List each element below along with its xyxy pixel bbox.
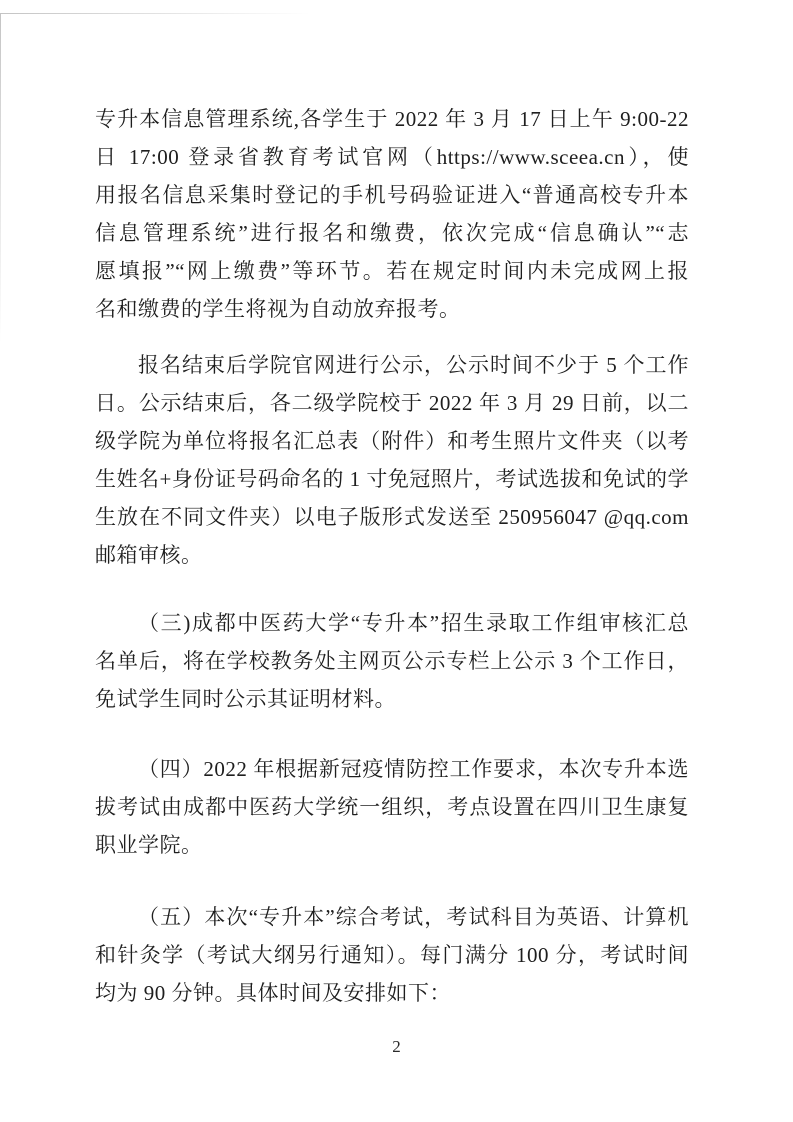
text-line: 生姓名+身份证号码命名的 1 寸免冠照片，考试选拔和免试的学 <box>95 460 689 498</box>
scan-artifact-left-line <box>0 13 1 343</box>
text-line: 拔考试由成都中医药大学统一组织，考点设置在四川卫生康复 <box>95 788 689 826</box>
text-line: 报名结束后学院官网进行公示，公示时间不少于 5 个工作 <box>95 346 689 384</box>
page-number: 2 <box>0 1036 793 1058</box>
text-line: 和针灸学（考试大纲另行通知）。每门满分 100 分，考试时间 <box>95 936 689 974</box>
paragraph-item-5: （五）本次“专升本”综合考试，考试科目为英语、计算机 和针灸学（考试大纲另行通知… <box>95 898 689 1012</box>
text-line: （三)成都中医药大学“专升本”招生录取工作组审核汇总 <box>95 604 689 642</box>
scan-artifact-top-line <box>0 13 310 14</box>
text-line: 专升本信息管理系统,各学生于 2022 年 3 月 17 日上午 9:00-22 <box>95 100 689 138</box>
text-line: 免试学生同时公示其证明材料。 <box>95 680 689 718</box>
text-line: （四）2022 年根据新冠疫情防控工作要求，本次专升本选 <box>95 750 689 788</box>
paragraph-item-4: （四）2022 年根据新冠疫情防控工作要求，本次专升本选 拔考试由成都中医药大学… <box>95 750 689 864</box>
document-page: 专升本信息管理系统,各学生于 2022 年 3 月 17 日上午 9:00-22… <box>0 0 793 1122</box>
text-line: 名和缴费的学生将视为自动放弃报考。 <box>95 290 689 328</box>
paragraph-publicity: 报名结束后学院官网进行公示，公示时间不少于 5 个工作 日。公示结束后，各二级学… <box>95 346 689 574</box>
text-line: 日 17:00 登录省教育考试官网（https://www.sceea.cn），… <box>95 138 689 176</box>
text-line: （五）本次“专升本”综合考试，考试科目为英语、计算机 <box>95 898 689 936</box>
document-body: 专升本信息管理系统,各学生于 2022 年 3 月 17 日上午 9:00-22… <box>95 100 689 1012</box>
text-line: 职业学院。 <box>95 826 689 864</box>
text-line: 邮箱审核。 <box>95 536 689 574</box>
text-line: 日。公示结束后，各二级学院校于 2022 年 3 月 29 日前，以二 <box>95 384 689 422</box>
text-line: 生放在不同文件夹）以电子版形式发送至 250956047 @qq.com <box>95 498 689 536</box>
text-line: 均为 90 分钟。具体时间及安排如下： <box>95 974 689 1012</box>
text-line: 级学院为单位将报名汇总表（附件）和考生照片文件夹（以考 <box>95 422 689 460</box>
text-line: 愿填报”“网上缴费”等环节。若在规定时间内未完成网上报 <box>95 252 689 290</box>
text-line: 名单后，将在学校教务处主网页公示专栏上公示 3 个工作日， <box>95 642 689 680</box>
paragraph-item-3: （三)成都中医药大学“专升本”招生录取工作组审核汇总 名单后，将在学校教务处主网… <box>95 604 689 718</box>
paragraph-continuation: 专升本信息管理系统,各学生于 2022 年 3 月 17 日上午 9:00-22… <box>95 100 689 328</box>
text-line: 信息管理系统”进行报名和缴费，依次完成“信息确认”“志 <box>95 214 689 252</box>
text-line: 用报名信息采集时登记的手机号码验证进入“普通高校专升本 <box>95 176 689 214</box>
